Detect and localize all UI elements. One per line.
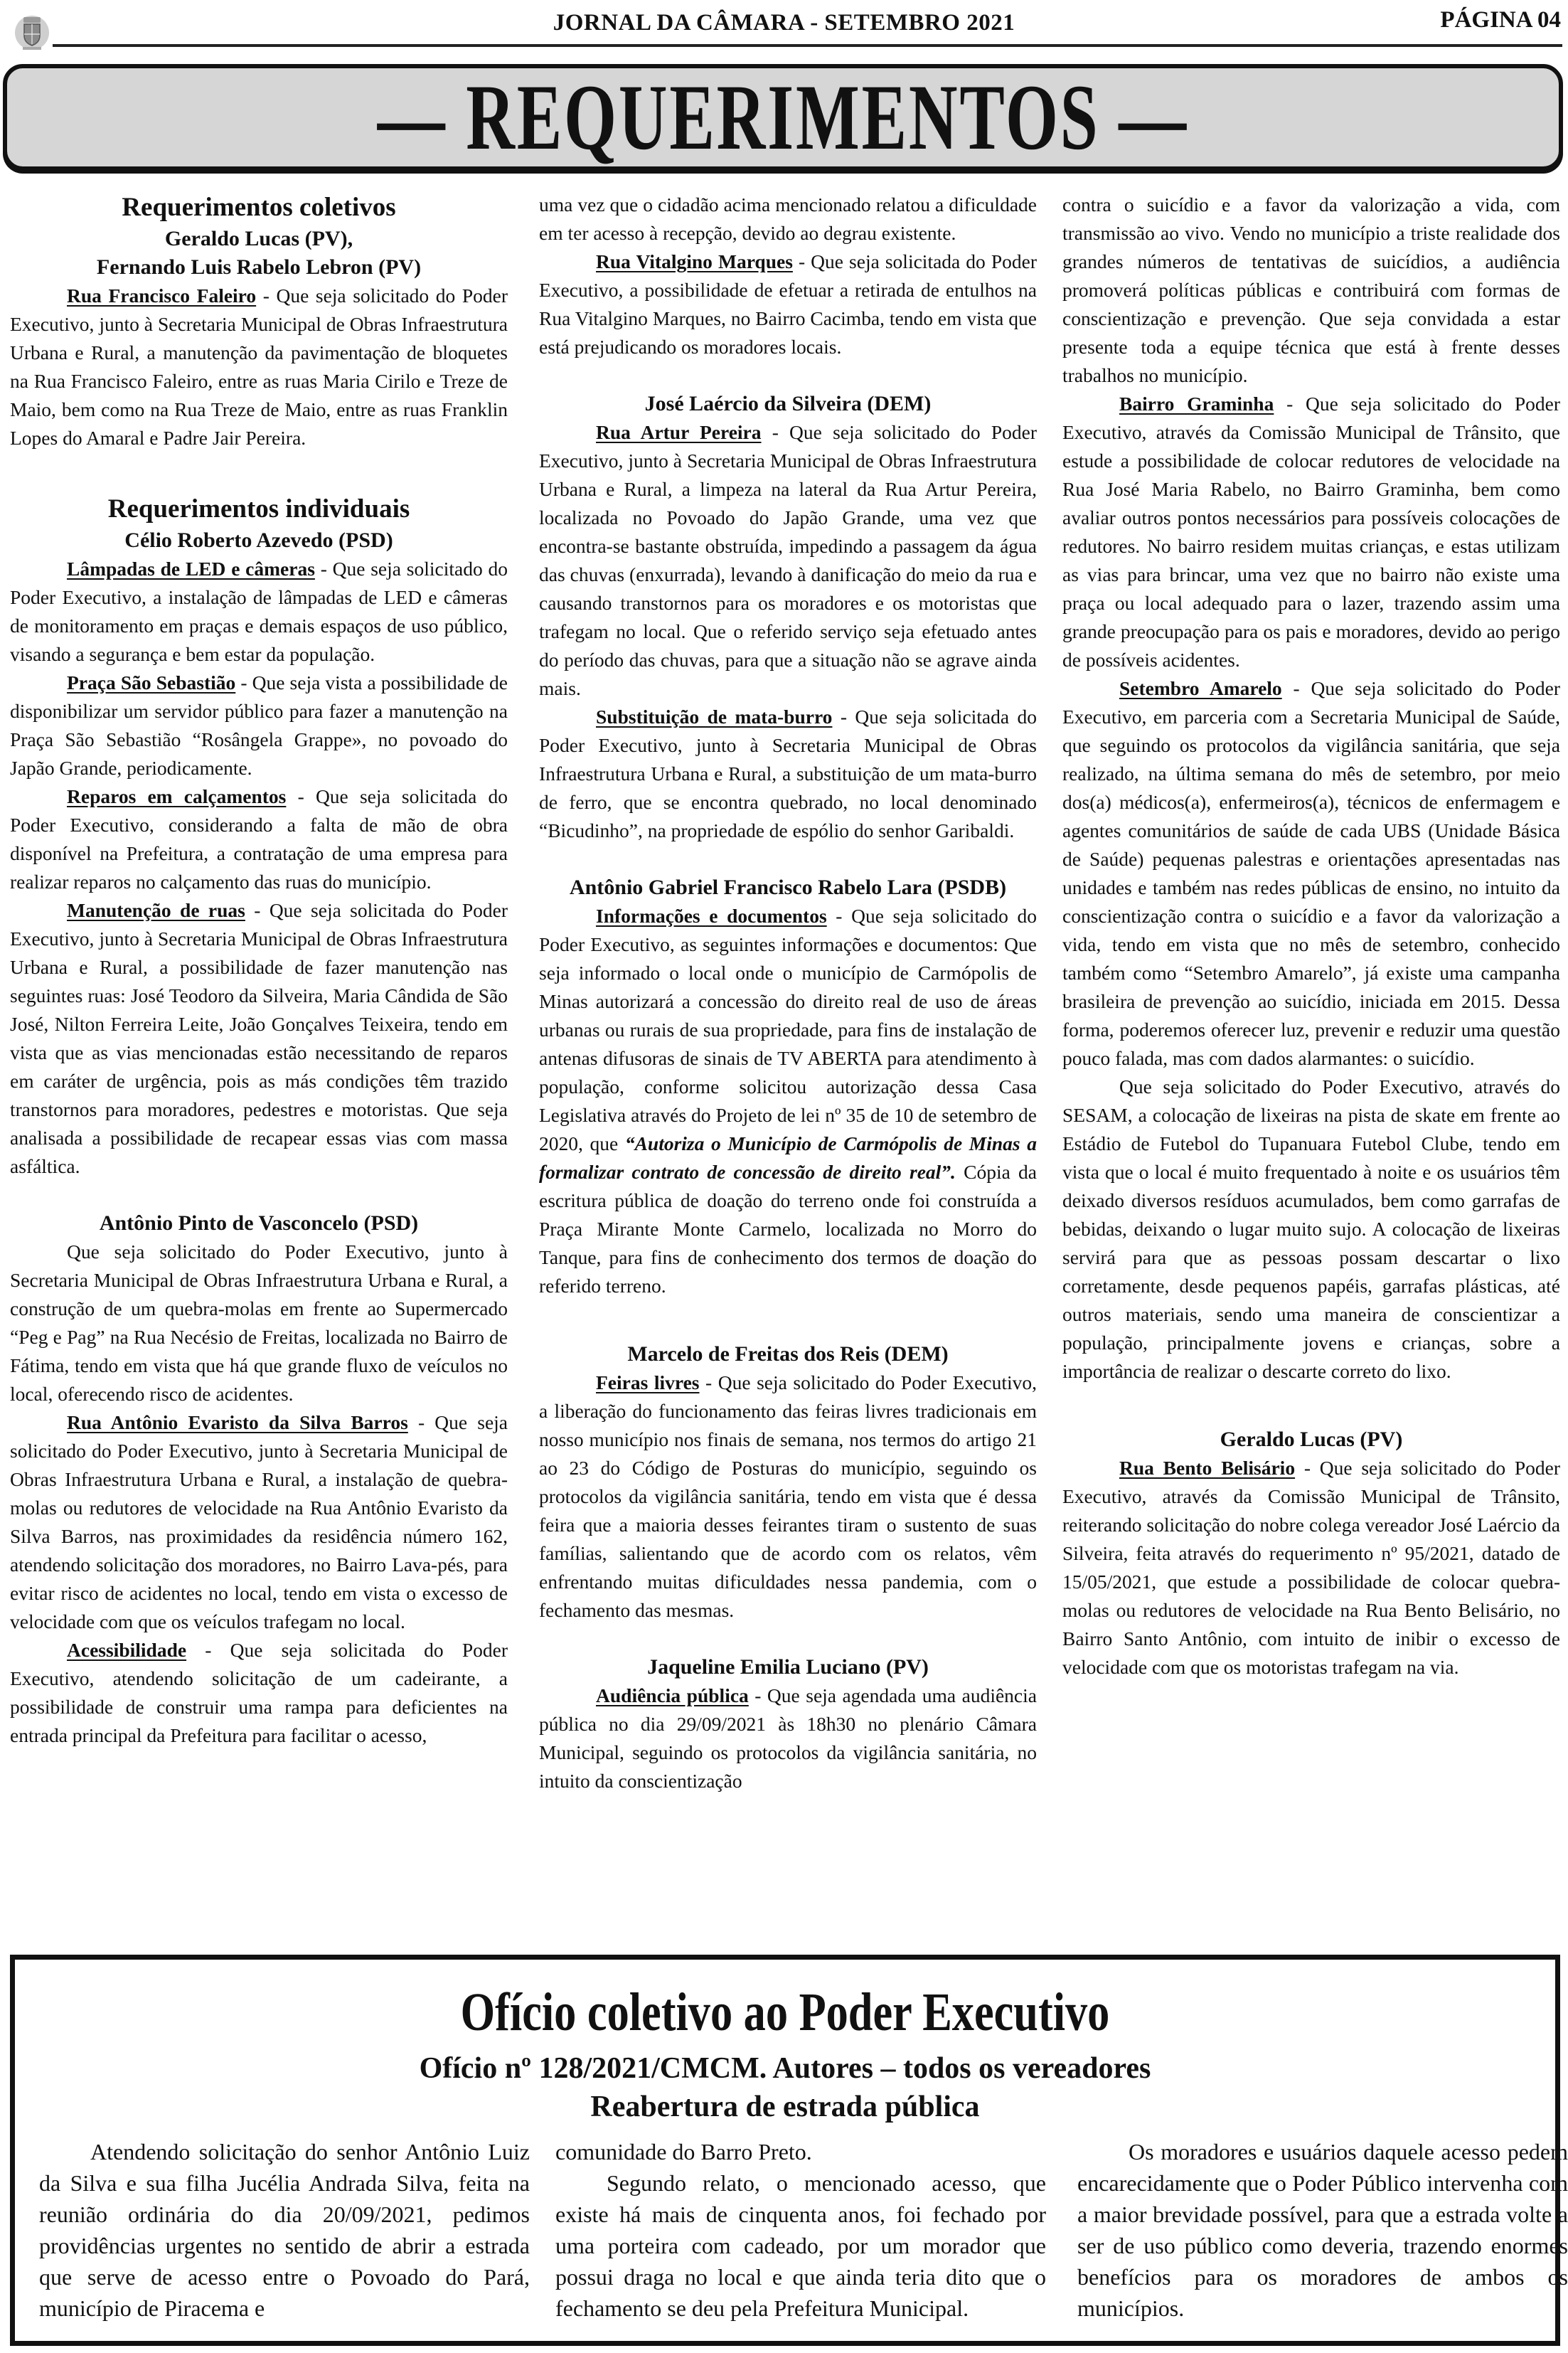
oficio-subject: Reabertura de estrada pública (15, 2092, 1555, 2122)
request-paragraph: Setembro Amarelo - Que seja solicitado d… (1062, 674, 1560, 1073)
journal-title: JORNAL DA CÂMARA - SETEMBRO 2021 (0, 10, 1568, 36)
request-paragraph: Praça São Sebastião - Que seja vista a p… (10, 669, 508, 782)
request-paragraph: Acessibilidade - Que seja solicitada do … (10, 1636, 508, 1750)
author-name: Antônio Pinto de Vasconcelo (PSD) (10, 1209, 508, 1238)
request-text: - Que seja solicitado do Poder Executivo… (539, 905, 1037, 1154)
page-number: PÁGINA 04 (1440, 7, 1561, 33)
request-topic: Reparos em calçamentos (67, 785, 286, 807)
request-paragraph: Rua Vitalgino Marques - Que seja solicit… (539, 248, 1037, 361)
request-topic: Bairro Graminha (1119, 393, 1274, 415)
heading-requerimentos-coletivos: Requerimentos coletivos (10, 191, 508, 225)
request-topic: Rua Antônio Evaristo da Silva Barros (67, 1411, 408, 1433)
oficio-paragraph-continued: comunidade do Barro Preto. (555, 2136, 1046, 2167)
author-name: Marcelo de Freitas dos Reis (DEM) (539, 1340, 1037, 1369)
column-left: Requerimentos coletivos Geraldo Lucas (P… (10, 191, 508, 1750)
oficio-title: Ofício coletivo ao Poder Executivo (154, 1985, 1417, 2039)
section-title: — REQUERIMENTOS — (378, 70, 1188, 164)
article-columns: Requerimentos coletivos Geraldo Lucas (P… (10, 191, 1560, 1948)
author-name: Jaqueline Emilia Luciano (PV) (539, 1653, 1037, 1682)
request-paragraph-continued: contra o suicídio e a favor da valorizaç… (1062, 191, 1560, 390)
request-paragraph: Audiência pública - Que seja agendada um… (539, 1682, 1037, 1795)
request-paragraph: Manutenção de ruas - Que seja solicitada… (10, 896, 508, 1181)
oficio-column-left: Atendendo solicitação do senhor Antônio … (39, 2136, 530, 2324)
request-paragraph: Informações e documentos - Que seja soli… (539, 902, 1037, 1300)
oficio-paragraph: Atendendo solicitação do senhor Antônio … (39, 2136, 530, 2324)
oficio-column-middle: comunidade do Barro Preto. Segundo relat… (555, 2136, 1046, 2324)
masthead-divider (53, 44, 1562, 47)
request-topic: Informações e documentos (596, 905, 827, 927)
request-topic: Acessibilidade (67, 1639, 186, 1661)
author-name: Geraldo Lucas (PV) (1062, 1425, 1560, 1454)
request-topic: Feiras livres (596, 1371, 700, 1393)
oficio-reference: Ofício nº 128/2021/CMCM. Autores – todos… (15, 2054, 1555, 2083)
author-name: Célio Roberto Azevedo (PSD) (10, 526, 508, 555)
author-name: José Laércio da Silveira (DEM) (539, 390, 1037, 418)
masthead: JORNAL DA CÂMARA - SETEMBRO 2021 PÁGINA … (0, 0, 1568, 50)
request-paragraph: Rua Francisco Faleiro - Que seja solicit… (10, 282, 508, 452)
request-topic: Manutenção de ruas (67, 899, 245, 921)
request-text: - Que seja solicitado do Poder Executivo… (539, 1371, 1037, 1621)
request-text: - Que seja solicitada do Poder Executivo… (10, 899, 508, 1177)
request-topic: Audiência pública (596, 1684, 749, 1706)
request-topic: Rua Bento Belisário (1119, 1457, 1295, 1479)
oficio-column-right: Os moradores e usuários daquele acesso p… (1077, 2136, 1568, 2324)
request-text: - Que seja solicitado do Poder Executivo… (539, 421, 1037, 699)
request-text: - Que seja solicitado do Poder Executivo… (10, 1411, 508, 1632)
request-paragraph: Substituição de mata-burro - Que seja so… (539, 703, 1037, 845)
request-paragraph: Reparos em calçamentos - Que seja solici… (10, 782, 508, 896)
request-paragraph: Que seja solicitado do Poder Executivo, … (1062, 1073, 1560, 1386)
request-text: - Que seja solicitado do Poder Executivo… (1062, 1457, 1560, 1678)
author-name: Fernando Luis Rabelo Lebron (PV) (10, 253, 508, 282)
request-topic: Substituição de mata-burro (596, 706, 832, 728)
request-topic: Rua Francisco Faleiro (67, 285, 256, 307)
request-text: - Que seja solicitado do Poder Executivo… (10, 285, 508, 449)
request-paragraph: Bairro Graminha - Que seja solicitado do… (1062, 390, 1560, 674)
request-paragraph: Rua Antônio Evaristo da Silva Barros - Q… (10, 1408, 508, 1636)
request-paragraph: Que seja solicitado do Poder Executivo, … (10, 1238, 508, 1408)
request-paragraph-continued: uma vez que o cidadão acima mencionado r… (539, 191, 1037, 248)
oficio-paragraph: Os moradores e usuários daquele acesso p… (1077, 2136, 1568, 2324)
column-middle: uma vez que o cidadão acima mencionado r… (539, 191, 1037, 1795)
heading-requerimentos-individuais: Requerimentos individuais (10, 492, 508, 526)
column-right: contra o suicídio e a favor da valorizaç… (1062, 191, 1560, 1682)
request-text: - Que seja solicitado do Poder Executivo… (1062, 677, 1560, 1069)
request-topic: Rua Vitalgino Marques (596, 250, 793, 272)
request-topic: Setembro Amarelo (1119, 677, 1282, 699)
request-paragraph: Rua Artur Pereira - Que seja solicitado … (539, 418, 1037, 703)
oficio-paragraph: Segundo relato, o mencionado acesso, que… (555, 2167, 1046, 2324)
request-paragraph: Lâmpadas de LED e câmeras - Que seja sol… (10, 555, 508, 669)
request-paragraph: Rua Bento Belisário - Que seja solicitad… (1062, 1454, 1560, 1682)
request-text: - Que seja solicitado do Poder Executivo… (1062, 393, 1560, 671)
section-banner: — REQUERIMENTOS — (3, 64, 1563, 171)
oficio-box: Ofício coletivo ao Poder Executivo Ofíci… (10, 1955, 1560, 2346)
author-name: Geraldo Lucas (PV), (10, 225, 508, 253)
request-topic: Lâmpadas de LED e câmeras (67, 558, 315, 580)
request-paragraph: Feiras livres - Que seja solicitado do P… (539, 1369, 1037, 1625)
request-topic: Rua Artur Pereira (596, 421, 762, 443)
request-topic: Praça São Sebastião (67, 671, 235, 694)
author-name: Antônio Gabriel Francisco Rabelo Lara (P… (539, 873, 1037, 902)
